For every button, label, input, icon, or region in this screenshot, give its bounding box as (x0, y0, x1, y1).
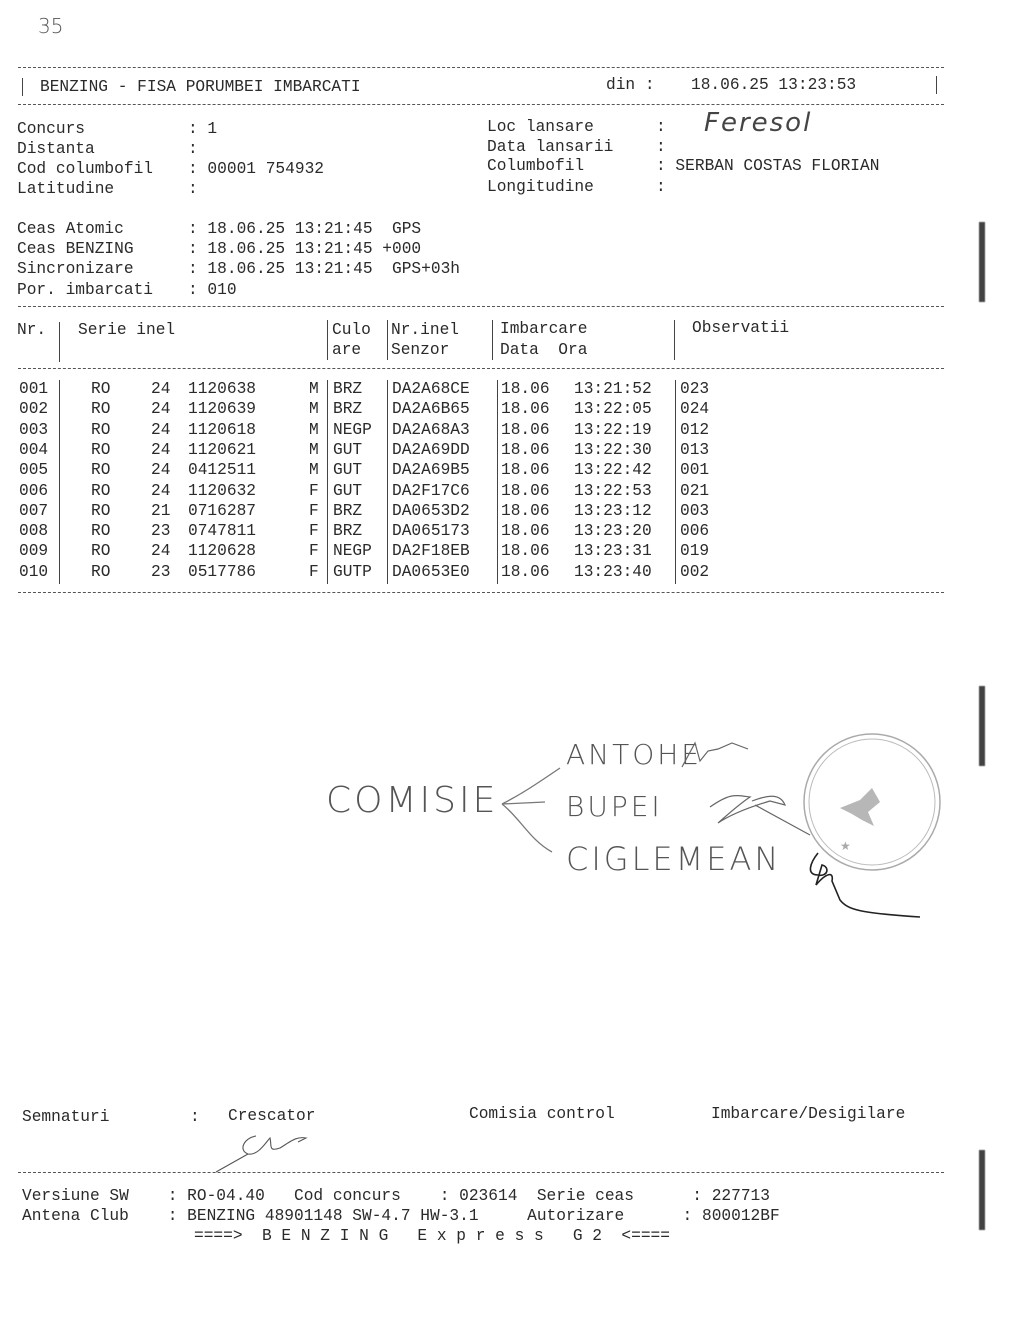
cell-color: BRZ (333, 501, 362, 521)
scan-mark (979, 1150, 985, 1230)
col-separator (327, 502, 328, 523)
cell-time: 13:22:05 (574, 399, 652, 419)
cell-country: RO (91, 420, 110, 440)
cell-sex: M (309, 379, 319, 399)
cell-sex: M (309, 399, 319, 419)
col-header-nr: Nr. (17, 320, 46, 340)
cell-date: 18.06 (501, 460, 550, 480)
divider (18, 104, 944, 105)
clock-label: Por. imbarcati (17, 280, 153, 300)
col-separator (675, 542, 676, 563)
cell-observatii: 021 (680, 481, 709, 501)
cell-date: 18.06 (501, 440, 550, 460)
col-separator (59, 441, 60, 462)
col-separator (59, 461, 60, 482)
cell-year: 24 (151, 379, 170, 399)
cell-sensor: DA2A68CE (392, 379, 470, 399)
cell-date: 18.06 (501, 399, 550, 419)
cell-sensor: DA2F17C6 (392, 481, 470, 501)
cell-nr: 006 (19, 481, 48, 501)
cell-sensor: DA2A69B5 (392, 460, 470, 480)
cell-sensor: DA2A6B65 (392, 399, 470, 419)
cell-color: NEGP (333, 420, 372, 440)
col-separator (387, 522, 388, 543)
cell-ring: 1120632 (188, 481, 256, 501)
cell-nr: 002 (19, 399, 48, 419)
cell-sex: F (309, 481, 319, 501)
col-separator (674, 320, 675, 360)
col-separator (497, 400, 498, 421)
cell-country: RO (91, 501, 110, 521)
col-separator (327, 563, 328, 584)
cell-ring: 0517786 (188, 562, 256, 582)
cell-year: 23 (151, 562, 170, 582)
col-separator (497, 461, 498, 482)
cell-year: 24 (151, 440, 170, 460)
col-separator (327, 482, 328, 503)
title-border-right (936, 76, 937, 94)
info-label: Longitudine (487, 177, 633, 197)
brace-icon (490, 760, 570, 860)
cell-ring: 1120621 (188, 440, 256, 460)
cell-time: 13:23:40 (574, 562, 652, 582)
title-border-left (22, 78, 23, 96)
cell-color: BRZ (333, 399, 362, 419)
cell-sex: M (309, 420, 319, 440)
cell-time: 13:23:20 (574, 521, 652, 541)
cell-sensor: DA2A68A3 (392, 420, 470, 440)
cell-observatii: 023 (680, 379, 709, 399)
clock-value: : 18.06.25 13:21:45 GPS (188, 219, 421, 239)
col-separator (497, 522, 498, 543)
clock-value: : 010 (188, 280, 237, 300)
official-stamp-icon: ★ (800, 730, 945, 875)
cell-time: 13:22:42 (574, 460, 652, 480)
cell-sex: F (309, 541, 319, 561)
cell-time: 13:23:31 (574, 541, 652, 561)
cell-sensor: DA0653E0 (392, 562, 470, 582)
cell-time: 13:21:52 (574, 379, 652, 399)
cell-nr: 010 (19, 562, 48, 582)
cell-observatii: 003 (680, 501, 709, 521)
col-separator (327, 421, 328, 442)
cell-sex: F (309, 562, 319, 582)
cell-color: GUT (333, 481, 362, 501)
col-separator (387, 542, 388, 563)
col-separator (59, 563, 60, 584)
cell-ring: 1120618 (188, 420, 256, 440)
col-separator (675, 502, 676, 523)
col-separator (327, 380, 328, 401)
col-separator (497, 563, 498, 584)
col-separator (497, 502, 498, 523)
crescator-signature-icon (210, 1128, 310, 1178)
col-separator (387, 502, 388, 523)
cell-country: RO (91, 481, 110, 501)
divider (18, 592, 944, 593)
col-separator (59, 542, 60, 563)
info-value: : SERBAN COSTAS FLORIAN (656, 156, 879, 176)
commission-label: COMISIE (326, 780, 498, 821)
col-header-senzor: Nr.inel (391, 320, 459, 340)
col-separator (387, 400, 388, 421)
col-header-culoare-2: are (332, 340, 361, 360)
info-value: : (656, 137, 666, 157)
cell-year: 24 (151, 399, 170, 419)
cell-ring: 0747811 (188, 521, 256, 541)
cell-ring: 1120638 (188, 379, 256, 399)
cell-observatii: 019 (680, 541, 709, 561)
cell-color: GUT (333, 460, 362, 480)
handwritten-page-number: 35 (38, 14, 63, 38)
col-separator (327, 461, 328, 482)
cell-observatii: 013 (680, 440, 709, 460)
cell-nr: 009 (19, 541, 48, 561)
col-header-senzor-2: Senzor (391, 340, 449, 360)
signatures-colon: : (190, 1107, 200, 1127)
col-separator (675, 563, 676, 584)
col-separator (492, 320, 493, 360)
info-value: : (188, 179, 198, 199)
col-separator (497, 441, 498, 462)
cell-sex: F (309, 501, 319, 521)
cell-color: BRZ (333, 379, 362, 399)
col-header-culoare: Culo (332, 320, 371, 340)
cell-date: 18.06 (501, 541, 550, 561)
cell-nr: 001 (19, 379, 48, 399)
col-separator (387, 461, 388, 482)
signature-comisia-label: Comisia control (469, 1104, 615, 1124)
cell-observatii: 002 (680, 562, 709, 582)
col-separator (497, 482, 498, 503)
print-date-label: din : (606, 75, 655, 95)
info-value: : 00001 754932 (188, 159, 324, 179)
cell-sensor: DA0653D2 (392, 501, 470, 521)
clock-label: Ceas Atomic (17, 219, 163, 239)
cell-country: RO (91, 541, 110, 561)
divider (18, 368, 944, 369)
col-separator (675, 441, 676, 462)
cell-ring: 1120639 (188, 399, 256, 419)
cell-sensor: DA2F18EB (392, 541, 470, 561)
divider (18, 67, 944, 68)
handwritten-release-location: Feresol (704, 108, 812, 138)
col-separator (675, 461, 676, 482)
col-separator (675, 380, 676, 401)
col-separator (327, 441, 328, 462)
col-separator (675, 522, 676, 543)
col-separator (675, 421, 676, 442)
footer-software-line: Versiune SW : RO-04.40 Cod concurs : 023… (22, 1186, 770, 1206)
info-label: Loc lansare (487, 117, 633, 137)
col-separator (59, 380, 60, 401)
clock-label: Ceas BENZING (17, 239, 163, 259)
cell-sensor: DA065173 (392, 521, 470, 541)
cell-observatii: 006 (680, 521, 709, 541)
col-separator (59, 482, 60, 503)
info-value: : (656, 117, 666, 137)
cell-nr: 008 (19, 521, 48, 541)
cell-nr: 007 (19, 501, 48, 521)
cell-date: 18.06 (501, 562, 550, 582)
scan-mark (979, 686, 985, 766)
info-value: : 1 (188, 119, 217, 139)
cell-date: 18.06 (501, 501, 550, 521)
cell-year: 21 (151, 501, 170, 521)
cell-date: 18.06 (501, 481, 550, 501)
col-separator (387, 482, 388, 503)
signature-imbarcare-label: Imbarcare/Desigilare (711, 1104, 905, 1124)
col-separator (59, 522, 60, 543)
cell-nr: 004 (19, 440, 48, 460)
signatures-label: Semnaturi (22, 1107, 109, 1127)
cell-country: RO (91, 562, 110, 582)
info-value: : (656, 177, 666, 197)
clock-label: Sincronizare (17, 259, 163, 279)
signature-crescator-label: Crescator (228, 1106, 315, 1126)
cell-sex: F (309, 521, 319, 541)
col-separator (387, 380, 388, 401)
info-label: Distanta (17, 139, 163, 159)
cell-ring: 0412511 (188, 460, 256, 480)
info-label: Concurs (17, 119, 163, 139)
document-title: BENZING - FISA PORUMBEI IMBARCATI (40, 77, 361, 97)
cell-year: 24 (151, 481, 170, 501)
cell-nr: 003 (19, 420, 48, 440)
cell-sex: M (309, 440, 319, 460)
cell-ring: 1120628 (188, 541, 256, 561)
cell-observatii: 024 (680, 399, 709, 419)
cell-country: RO (91, 440, 110, 460)
col-header-imbarcare: Imbarcare (500, 319, 587, 339)
col-separator (327, 320, 328, 360)
cell-country: RO (91, 521, 110, 541)
col-header-serie: Serie inel (78, 320, 175, 340)
cell-sex: M (309, 460, 319, 480)
col-separator (327, 542, 328, 563)
footer-brand-line: ====> B E N Z I N G E x p r e s s G 2 <=… (194, 1226, 670, 1246)
col-separator (59, 502, 60, 523)
cell-color: NEGP (333, 541, 372, 561)
info-value: : (188, 139, 198, 159)
col-separator (59, 400, 60, 421)
col-header-imbarcare-2: Data Ora (500, 340, 587, 360)
cell-ring: 0716287 (188, 501, 256, 521)
cell-nr: 005 (19, 460, 48, 480)
col-separator (59, 322, 60, 362)
col-separator (387, 563, 388, 584)
svg-text:★: ★ (840, 839, 851, 853)
cell-color: GUTP (333, 562, 372, 582)
col-separator (497, 421, 498, 442)
cell-time: 13:23:12 (574, 501, 652, 521)
col-separator (59, 421, 60, 442)
cell-date: 18.06 (501, 521, 550, 541)
col-separator (387, 441, 388, 462)
cell-observatii: 001 (680, 460, 709, 480)
clock-value: : 18.06.25 13:21:45 +000 (188, 239, 421, 259)
divider (18, 306, 944, 307)
cell-observatii: 012 (680, 420, 709, 440)
cell-time: 13:22:30 (574, 440, 652, 460)
col-separator (675, 482, 676, 503)
info-label: Latitudine (17, 179, 163, 199)
divider (18, 1172, 944, 1173)
info-label: Cod columbofil (17, 159, 153, 179)
info-label: Columbofil (487, 156, 633, 176)
cell-time: 13:22:19 (574, 420, 652, 440)
commission-member: BUPEI (566, 790, 663, 823)
col-separator (497, 542, 498, 563)
footer-antenna-line: Antena Club : BENZING 48901148 SW-4.7 HW… (22, 1206, 780, 1226)
scan-mark (979, 222, 985, 302)
cell-year: 23 (151, 521, 170, 541)
col-separator (387, 320, 388, 360)
cell-time: 13:22:53 (574, 481, 652, 501)
cell-date: 18.06 (501, 420, 550, 440)
info-label: Data lansarii (487, 137, 633, 157)
cell-year: 24 (151, 541, 170, 561)
cell-year: 24 (151, 420, 170, 440)
col-header-observatii: Observatii (692, 318, 789, 338)
cell-date: 18.06 (501, 379, 550, 399)
cell-color: BRZ (333, 521, 362, 541)
cell-color: GUT (333, 440, 362, 460)
cell-country: RO (91, 379, 110, 399)
clock-value: : 18.06.25 13:21:45 GPS+03h (188, 259, 460, 279)
cell-country: RO (91, 399, 110, 419)
cell-sensor: DA2A69DD (392, 440, 470, 460)
col-separator (327, 400, 328, 421)
col-separator (327, 522, 328, 543)
col-separator (497, 380, 498, 401)
col-separator (387, 421, 388, 442)
cell-country: RO (91, 460, 110, 480)
cell-year: 24 (151, 460, 170, 480)
print-date-value: 18.06.25 13:23:53 (691, 75, 856, 95)
col-separator (675, 400, 676, 421)
